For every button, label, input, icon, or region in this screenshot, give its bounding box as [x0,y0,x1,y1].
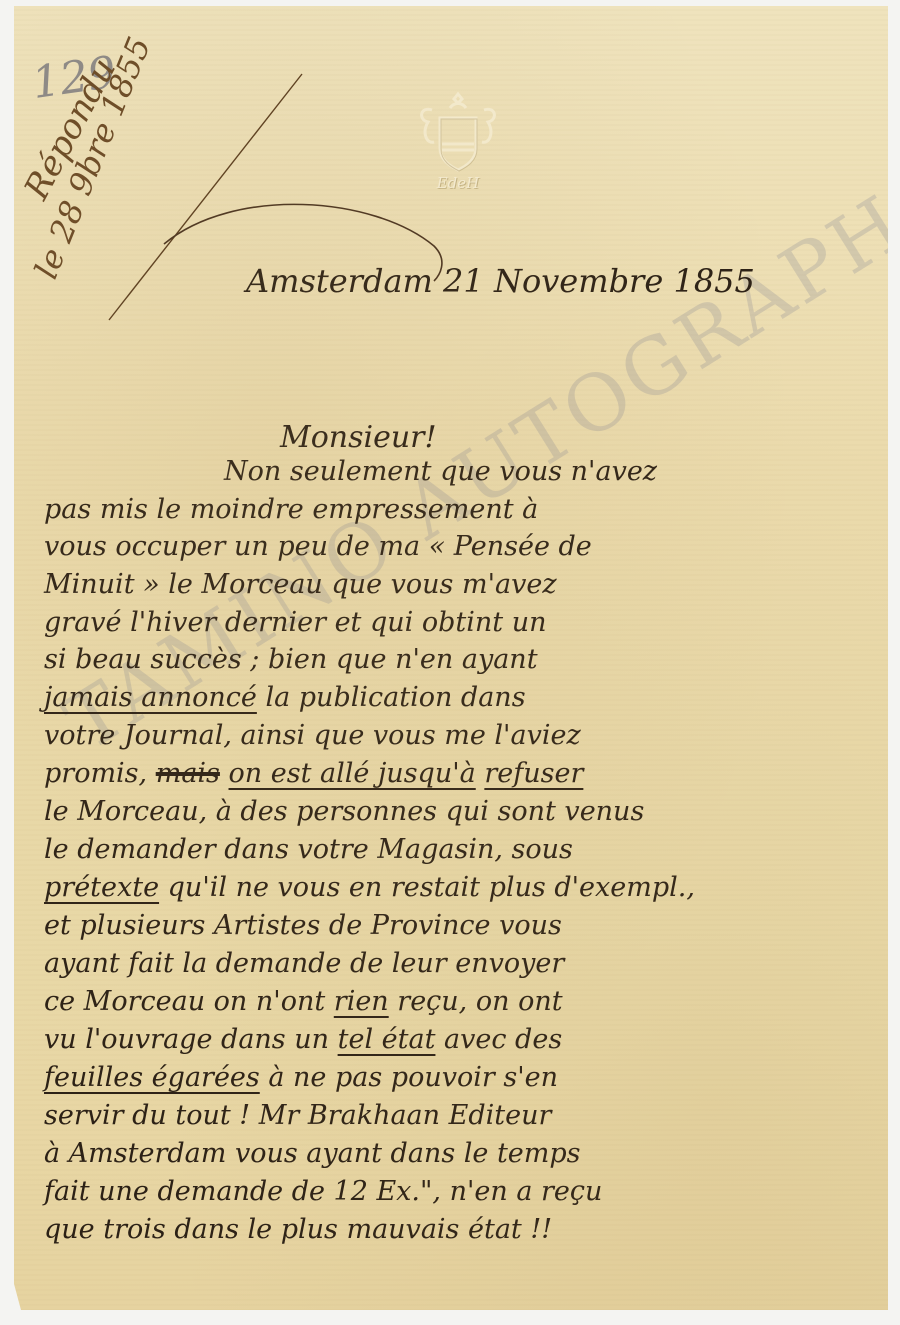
line-text: gravé l'hiver dernier et qui obtint un [44,607,547,638]
letter-line: promis, mais on est allé jusqu'à refuser [44,758,583,789]
line-text: la publication dans [257,682,526,713]
line-text: qu'il ne vous en restait plus d'exempl., [159,872,695,903]
letter-line: gravé l'hiver dernier et qui obtint un [44,607,547,638]
letter-line: Minuit » le Morceau que vous m'avez [44,569,557,600]
line-text: ce Morceau on n'ont [44,986,334,1017]
letter-line: votre Journal, ainsi que vous me l'aviez [44,720,581,751]
letter-line: pas mis le moindre empressement à [44,494,538,525]
line-text [476,758,485,789]
watermark: TAMINO AUTOGRAPHS [50,147,900,769]
letter-line: vu l'ouvrage dans un tel état avec des [44,1024,562,1055]
embossed-crest-icon: EdeH [412,88,504,196]
line-text: ayant fait la demande de leur envoyer [44,948,564,979]
line-text: à Amsterdam vous ayant dans le temps [44,1138,581,1169]
line-text: Minuit » le Morceau que vous m'avez [44,569,557,600]
line-text: fait une demande de 12 Ex.", n'en a reçu [44,1176,602,1207]
reply-annotation-date: le 28 9bre 1855 [27,32,158,284]
underlined-text: on est allé jusqu'à [229,758,476,789]
line-text: reçu, on ont [389,986,563,1017]
struck-text: mais [156,758,220,789]
line-text: pas mis le moindre empressement à [44,494,538,525]
reply-annotation-word: Répondu [17,52,124,206]
letterhead-initials: EdeH [412,174,504,192]
letter-line: jamais annoncé la publication dans [44,682,526,713]
dateline: Amsterdam 21 Novembre 1855 [246,262,755,300]
line-text: servir du tout ! Mr Brakhaan Editeur [44,1100,551,1131]
letter-line: et plusieurs Artistes de Province vous [44,910,562,941]
underlined-text: prétexte [44,872,159,903]
line-text: à ne pas pouvoir s'en [260,1062,558,1093]
letter-line: fait une demande de 12 Ex.", n'en a reçu [44,1176,602,1207]
letter-line: prétexte qu'il ne vous en restait plus d… [44,872,695,903]
letter-line: si beau succès ; bien que n'en ayant [44,644,538,675]
underlined-text: jamais annoncé [44,682,257,713]
line-text: vous occuper un peu de ma « Pensée de [44,531,592,562]
letter-line: feuilles égarées à ne pas pouvoir s'en [44,1062,558,1093]
letter-line: le Morceau, à des personnes qui sont ven… [44,796,644,827]
line-text: le demander dans votre Magasin, sous [44,834,573,865]
letter-line: ce Morceau on n'ont rien reçu, on ont [44,986,563,1017]
underlined-text: feuilles égarées [44,1062,260,1093]
line-text: vu l'ouvrage dans un [44,1024,338,1055]
annotation-flourish [14,6,888,346]
letter-line: à Amsterdam vous ayant dans le temps [44,1138,581,1169]
letter-line: le demander dans votre Magasin, sous [44,834,573,865]
line-text: le Morceau, à des personnes qui sont ven… [44,796,644,827]
letter-line: servir du tout ! Mr Brakhaan Editeur [44,1100,551,1131]
letter-sheet: 129 Répondu le 28 9bre 1855 EdeH TAMINO … [14,6,888,1310]
line-text: votre Journal, ainsi que vous me l'aviez [44,720,581,751]
line-text: promis, [44,758,156,789]
line-text: si beau succès ; bien que n'en ayant [44,644,538,675]
letter-line: vous occuper un peu de ma « Pensée de [44,531,592,562]
line-text [220,758,229,789]
line-text: avec des [435,1024,562,1055]
letter-line: que trois dans le plus mauvais état !! [44,1214,552,1245]
archival-number: 129 [29,47,119,109]
underlined-text: refuser [484,758,583,789]
underlined-text: tel état [338,1024,436,1055]
line-text: Non seulement que vous n'avez [224,456,657,487]
line-text: que trois dans le plus mauvais état !! [44,1214,552,1245]
line-text: et plusieurs Artistes de Province vous [44,910,562,941]
letter-line: ayant fait la demande de leur envoyer [44,948,564,979]
salutation: Monsieur! [280,420,437,455]
letter-line: Non seulement que vous n'avez [224,456,657,487]
underlined-text: rien [334,986,389,1017]
